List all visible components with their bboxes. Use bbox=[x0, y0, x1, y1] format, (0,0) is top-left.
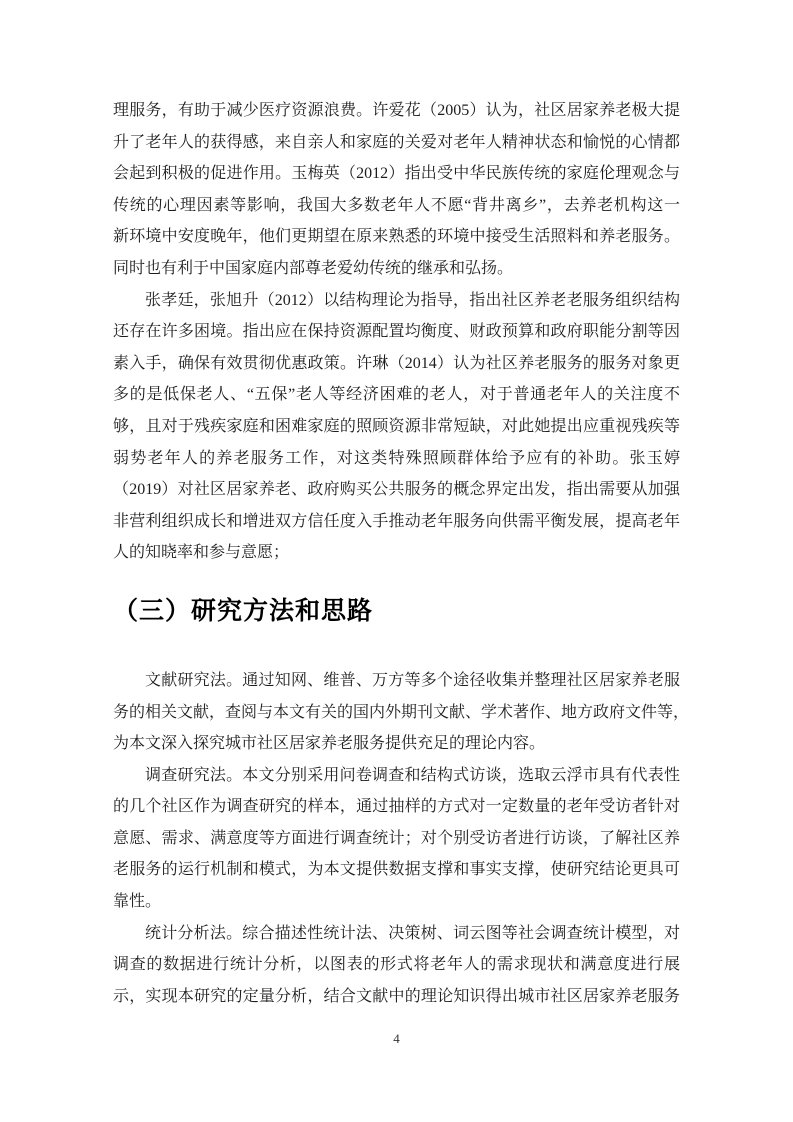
text-line: 多的是低保老人、“五保”老人等经济困难的老人，对于普通老年人的关注度不 bbox=[113, 379, 680, 411]
text-line: 意愿、需求、满意度等方面进行调查统计；对个别受访者进行访谈，了解社区养 bbox=[113, 823, 680, 855]
paragraph: 统计分析法。综合描述性统计法、决策树、词云图等社会调查统计模型，对调查的数据进行… bbox=[113, 918, 680, 1013]
text-line: 张孝廷，张旭升（2012）以结构理论为指导，指出社区养老老服务组织结构 bbox=[113, 285, 680, 317]
text-line: 人的知晓率和参与意愿； bbox=[113, 537, 680, 569]
text-line: 非营利组织成长和增进双方信任度入手推动老年服务向供需平衡发展，提高老年 bbox=[113, 506, 680, 538]
text-line: 为本文深入探究城市社区居家养老服务提供充足的理论内容。 bbox=[113, 728, 680, 760]
text-line: 同时也有利于中国家庭内部尊老爱幼传统的继承和弘扬。 bbox=[113, 253, 680, 285]
text-line: 示，实现本研究的定量分析，结合文献中的理论知识得出城市社区居家养老服务 bbox=[113, 981, 680, 1013]
text-line: 弱势老年人的养老服务工作，对这类特殊照顾群体给予应有的补助。张玉婷 bbox=[113, 443, 680, 475]
text-line: 升了老年人的获得感，来自亲人和家庭的关爱对老年人精神状态和愉悦的心情都 bbox=[113, 127, 680, 159]
text-line: 理服务，有助于减少医疗资源浪费。许爱花（2005）认为，社区居家养老极大提 bbox=[113, 95, 680, 127]
paragraph: 理服务，有助于减少医疗资源浪费。许爱花（2005）认为，社区居家养老极大提升了老… bbox=[113, 95, 680, 285]
text-line: 够，且对于残疾家庭和困难家庭的照顾资源非常短缺，对此她提出应重视残疾等 bbox=[113, 411, 680, 443]
text-line: （2019）对社区居家养老、政府购买公共服务的概念界定出发，指出需要从加强 bbox=[113, 474, 680, 506]
text-line: 的几个社区作为调查研究的样本，通过抽样的方式对一定数量的老年受访者针对 bbox=[113, 791, 680, 823]
page-footer: 4 bbox=[0, 1030, 793, 1048]
text-line: 传统的心理因素等影响，我国大多数老年人不愿“背井离乡”，去养老机构这一 bbox=[113, 190, 680, 222]
text-line: 素入手，确保有效贯彻优惠政策。许琳（2014）认为社区养老服务的服务对象更 bbox=[113, 348, 680, 380]
text-line: 还存在许多困境。指出应在保持资源配置均衡度、财政预算和政府职能分割等因 bbox=[113, 316, 680, 348]
text-line: 务的相关文献，查阅与本文有关的国内外期刊文献、学术著作、地方政府文件等， bbox=[113, 697, 680, 729]
text-line: 调查的数据进行统计分析，以图表的形式将老年人的需求现状和满意度进行展 bbox=[113, 949, 680, 981]
document-page: 理服务，有助于减少医疗资源浪费。许爱花（2005）认为，社区居家养老极大提升了老… bbox=[0, 0, 793, 1122]
page-number: 4 bbox=[393, 1031, 400, 1046]
text-line: 统计分析法。综合描述性统计法、决策树、词云图等社会调查统计模型，对 bbox=[113, 918, 680, 950]
paragraph: 调查研究法。本文分别采用问卷调查和结构式访谈，选取云浮市具有代表性的几个社区作为… bbox=[113, 760, 680, 918]
paragraph: 文献研究法。通过知网、维普、万方等多个途径收集并整理社区居家养老服务的相关文献，… bbox=[113, 665, 680, 760]
paragraph: 张孝廷，张旭升（2012）以结构理论为指导，指出社区养老老服务组织结构还存在许多… bbox=[113, 285, 680, 569]
text-line: 老服务的运行机制和模式，为本文提供数据支撑和事实支撑，使研究结论更具可 bbox=[113, 854, 680, 886]
text-line: 文献研究法。通过知网、维普、万方等多个途径收集并整理社区居家养老服 bbox=[113, 665, 680, 697]
text-line: 会起到积极的促进作用。玉梅英（2012）指出受中华民族传统的家庭伦理观念与 bbox=[113, 158, 680, 190]
text-line: 靠性。 bbox=[113, 886, 680, 918]
section-heading: （三）研究方法和思路 bbox=[113, 593, 680, 629]
document-body: 理服务，有助于减少医疗资源浪费。许爱花（2005）认为，社区居家养老极大提升了老… bbox=[113, 95, 680, 1012]
text-line: 调查研究法。本文分别采用问卷调查和结构式访谈，选取云浮市具有代表性 bbox=[113, 760, 680, 792]
text-line: 新环境中安度晚年，他们更期望在原来熟悉的环境中接受生活照料和养老服务。 bbox=[113, 221, 680, 253]
